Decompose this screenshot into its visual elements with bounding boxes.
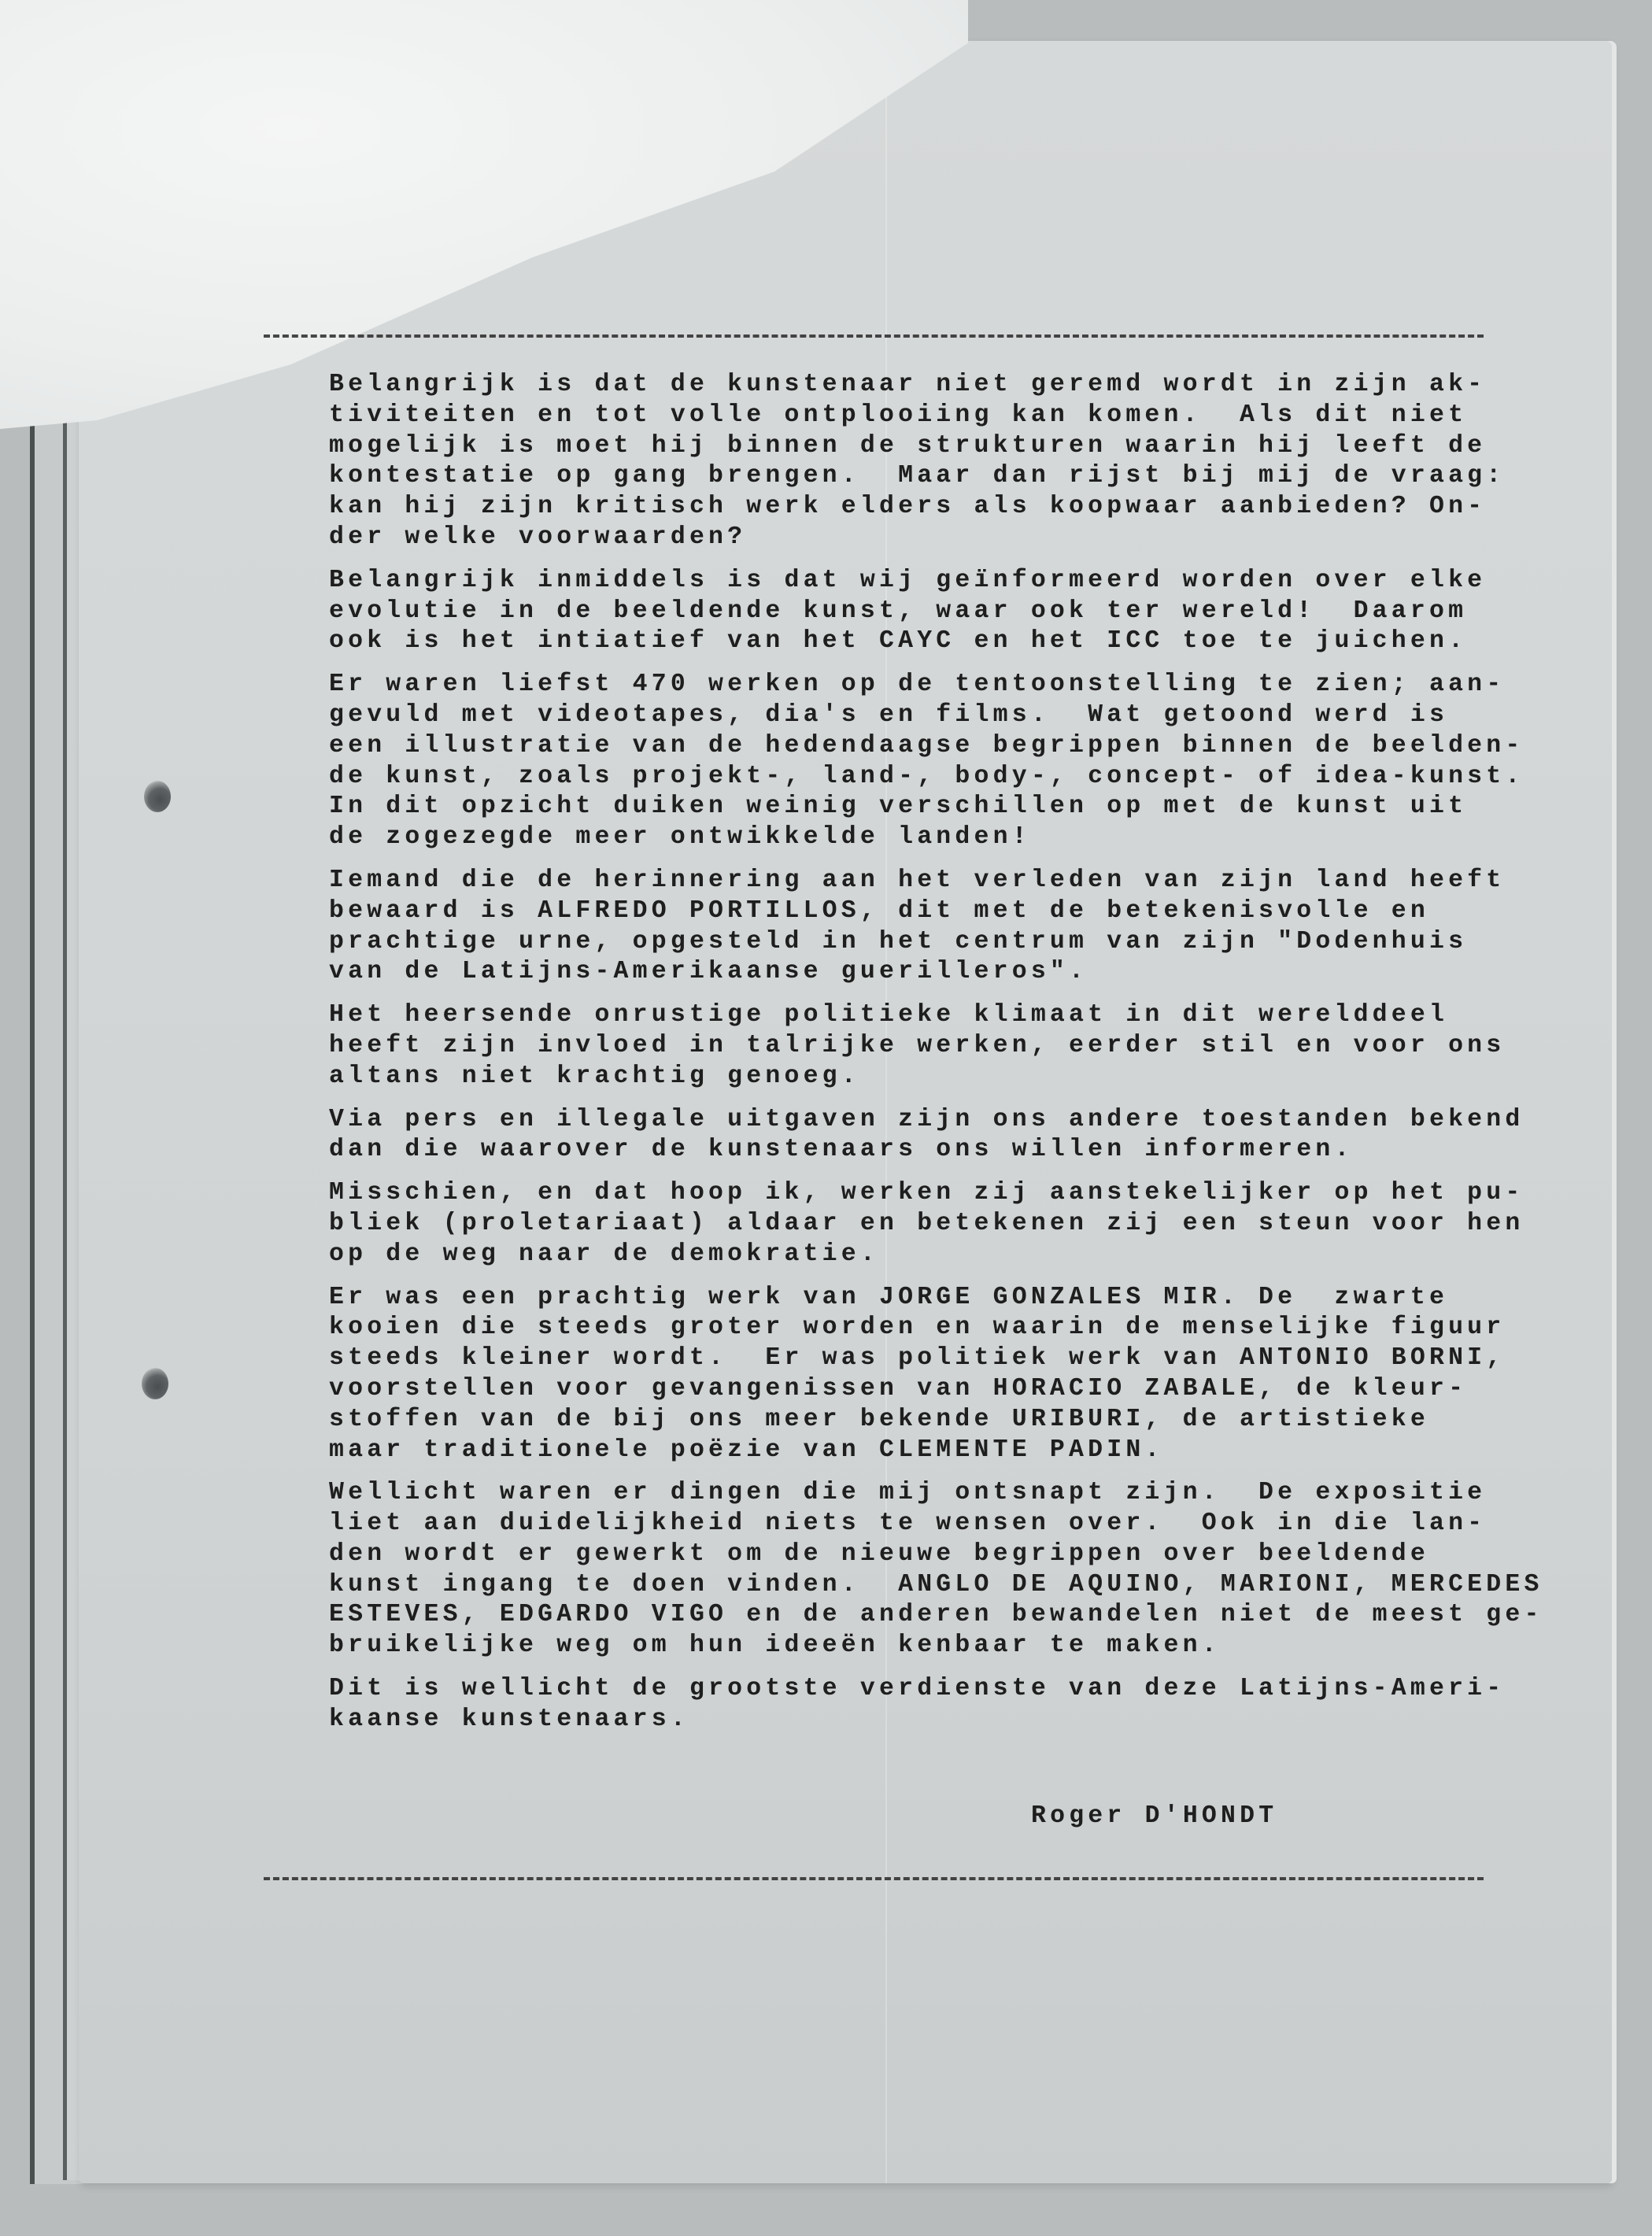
paragraph: Belangrijk inmiddels is dat wij geïnform… [329,566,1525,657]
paragraph: Wellicht waren er dingen die mij ontsnap… [329,1478,1525,1661]
bottom-dashed-divider [264,1877,1484,1880]
paragraph: Iemand die de herinnering aan het verled… [329,866,1525,988]
paragraph: Via pers en illegale uitgaven zijn ons a… [329,1105,1525,1166]
paragraph: Belangrijk is dat de kunstenaar niet ger… [329,370,1525,553]
article-body: Belangrijk is dat de kunstenaar niet ger… [329,370,1525,1748]
paragraph: Er was een prachtig werk van JORGE GONZA… [329,1283,1525,1466]
punch-hole-icon [144,781,171,812]
punch-hole-icon [142,1368,168,1399]
author-signature: Roger D'HONDT [1031,1802,1277,1830]
paragraph: Misschien, en dat hoop ik, werken zij aa… [329,1178,1525,1270]
paragraph: Er waren liefst 470 werken op de tentoon… [329,670,1525,853]
paragraph: Dit is wellicht de grootste verdienste v… [329,1674,1525,1735]
top-dashed-divider [264,334,1484,338]
paragraph: Het heersende onrustige politieke klimaa… [329,1000,1525,1092]
